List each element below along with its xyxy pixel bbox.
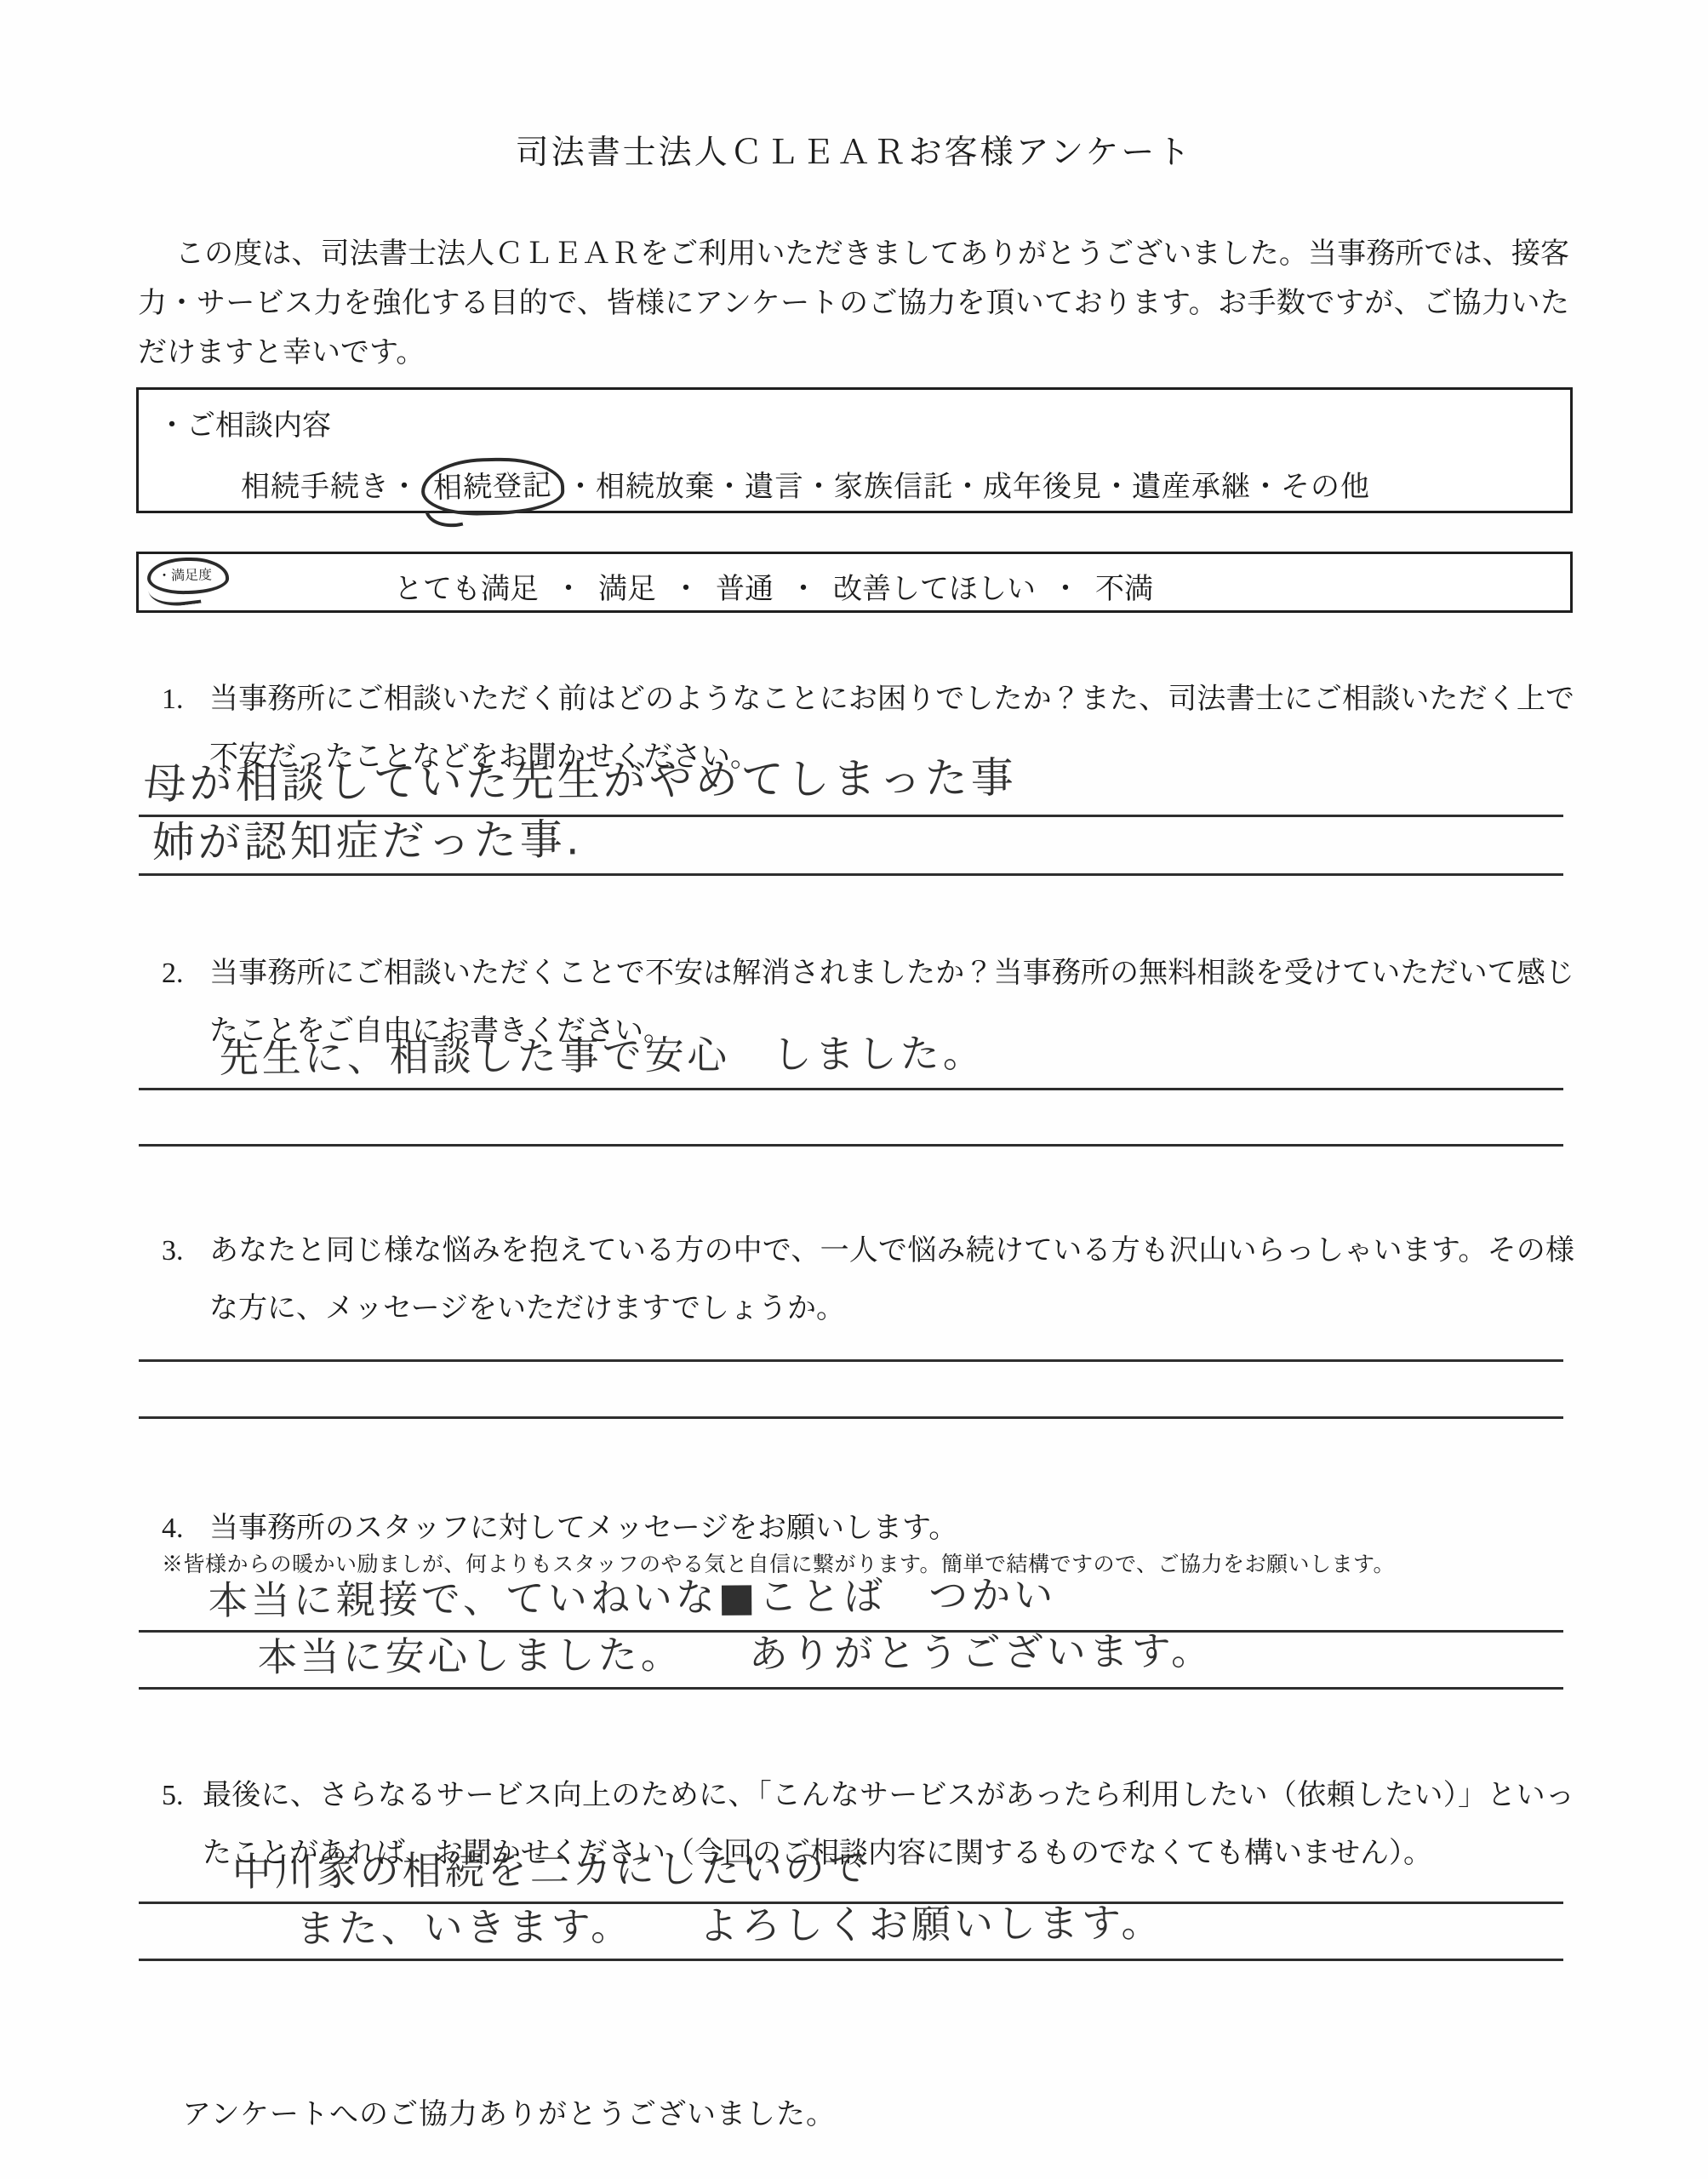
consultation-option-4: 遺言 — [745, 472, 804, 503]
option-separator: ・ — [1102, 463, 1132, 505]
consultation-option-2: 相続登記 — [433, 470, 553, 505]
option-separator: ・ — [804, 463, 834, 505]
option-separator: ・ — [1251, 463, 1281, 505]
satisfaction-box: ・満足度 とても満足・満足・普通・改善してほしい・不満 — [136, 552, 1573, 613]
handwritten-answer-1-2: 姉が認知症だった事. — [138, 805, 582, 873]
consultation-option-5: 家族信託 — [834, 472, 953, 503]
option-separator: ・ — [715, 463, 745, 505]
satisfaction-options: とても満足・満足・普通・改善してほしい・不満 — [394, 565, 1153, 607]
handwritten-circle-souzoku-touki: 相続登記 — [420, 456, 565, 517]
satisfaction-label: ・満足度 — [157, 569, 212, 584]
option-separator: ・ — [953, 463, 983, 505]
consultation-option-7: 遺産承継 — [1132, 472, 1251, 503]
handwritten-answer-4-1: 本当に親接で、ていねいな■ことば つかい — [139, 1564, 1057, 1630]
consultation-option-3: 相続放棄 — [596, 472, 715, 503]
satisfaction-option-4: 改善してほしい — [833, 574, 1036, 605]
satisfaction-label-wrap: ・満足度 — [147, 558, 229, 594]
satisfaction-option-3: 普通 — [716, 574, 774, 605]
satisfaction-option-1: とても満足 — [394, 574, 539, 605]
page-title: 司法書士法人ＣＬＥＡＲお客様アンケート — [0, 126, 1708, 174]
option-separator: ・ — [671, 565, 700, 607]
option-separator: ・ — [390, 463, 420, 505]
intro-paragraph: この度は、司法書士法人ＣＬＥＡＲをご利用いただきましてありがとうございました。当… — [138, 230, 1569, 378]
handwritten-answer-2-1: 先生に、相談した事で安心 しました。 — [139, 1022, 985, 1088]
answer-line-3-1 — [139, 1302, 1563, 1362]
consultation-box: ・ご相談内容 相続手続き・相続登記・相続放棄・遺言・家族信託・成年後見・遺産承継… — [136, 387, 1573, 513]
answer-line-2-1: 先生に、相談した事で安心 しました。 — [139, 1031, 1563, 1090]
answer-line-5-2: また、いきます。 よろしくお願いします。 — [139, 1902, 1563, 1961]
satisfaction-option-5: 不満 — [1095, 574, 1153, 605]
footer-note: アンケートへのご協力ありがとうございました。 — [182, 2090, 836, 2132]
survey-page: 司法書士法人ＣＬＥＡＲお客様アンケート この度は、司法書士法人ＣＬＥＡＲをご利用… — [0, 0, 1708, 2179]
answer-line-2-2 — [139, 1087, 1563, 1147]
handwritten-answer-1-1: 母が相談していた先生がやめてしまった事 — [138, 744, 1017, 815]
consultation-options: 相続手続き・相続登記・相続放棄・遺言・家族信託・成年後見・遺産承継・その他 — [241, 458, 1370, 515]
handwritten-answer-5-2: また、いきます。 よろしくお願いします。 — [139, 1892, 1164, 1959]
option-separator: ・ — [1051, 565, 1080, 607]
option-separator: ・ — [554, 565, 583, 607]
consultation-option-6: 成年後見 — [983, 472, 1102, 503]
answer-line-4-2: 本当に安心しました。 ありがとうございます。 — [139, 1630, 1563, 1690]
consultation-option-1: 相続手続き — [241, 472, 390, 503]
option-separator: ・ — [566, 463, 596, 505]
consultation-option-8: その他 — [1281, 472, 1370, 503]
option-separator: ・ — [789, 565, 818, 607]
answer-line-1-2: 姉が認知症だった事. — [139, 816, 1563, 876]
handwritten-circle-manzokudo: ・満足度 — [147, 557, 230, 595]
answer-line-3-2 — [139, 1359, 1563, 1419]
consultation-label: ・ご相談内容 — [157, 402, 331, 443]
handwritten-answer-5-1: 中川家の相続を二カにしたいので — [139, 1837, 871, 1902]
satisfaction-option-2: 満足 — [598, 574, 656, 605]
handwritten-answer-4-2: 本当に安心しました。 ありがとうございます。 — [139, 1620, 1214, 1687]
